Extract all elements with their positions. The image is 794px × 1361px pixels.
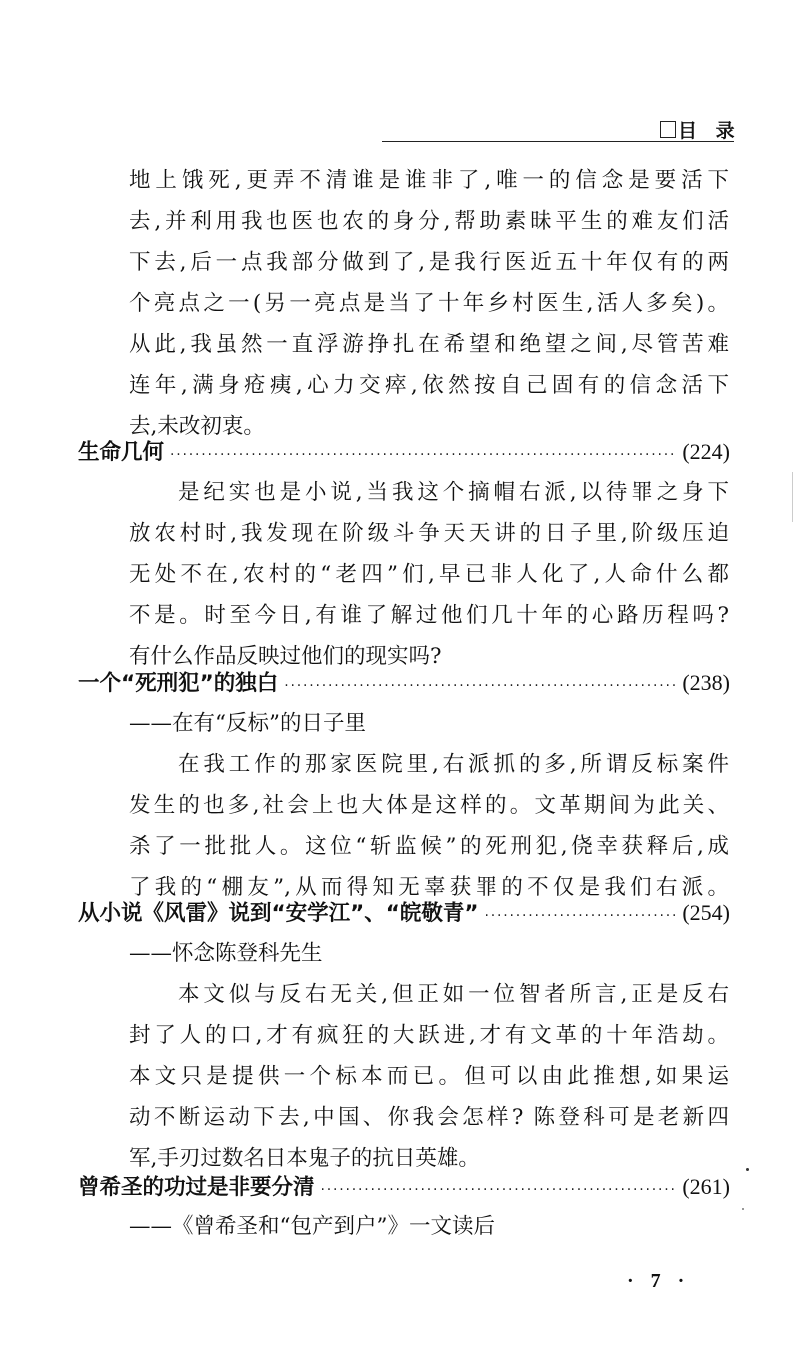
toc-entry-title: 生命几何 — [78, 438, 164, 468]
summary-line: 不是。时至今日,有谁了解过他们几十年的心路历程吗? — [129, 601, 729, 631]
dot-leader: ········································… — [321, 1175, 677, 1205]
box-icon — [660, 121, 676, 138]
toc-page-number: (224) — [682, 437, 730, 467]
text-line: 从此,我虽然一直浮游挣扎在希望和绝望之间,尽管苦难 — [129, 330, 729, 360]
scan-margin-mark — [792, 472, 793, 522]
summary-line: 军,手刃过数名日本鬼子的抗日英雄。 — [129, 1144, 729, 1174]
toc-entry-heading[interactable]: 从小说《风雷》说到“安学江”、“皖敬青” ···················… — [78, 898, 730, 931]
summary-line: 发生的也多,社会上也大体是这样的。文革期间为此关、 — [129, 791, 729, 821]
summary-line: 本文只是提供一个标本而已。但可以由此推想,如果运 — [129, 1062, 729, 1092]
toc-entry-subtitle: ——在有“反标”的日子里 — [129, 709, 366, 739]
running-head-title: 目 录 — [660, 116, 741, 143]
running-head-label: 目 录 — [678, 120, 741, 142]
toc-entry-title: 从小说《风雷》说到“安学江”、“皖敬青” — [78, 899, 479, 929]
summary-line: 在我工作的那家医院里,右派抓的多,所谓反标案件 — [178, 750, 729, 780]
summary-line: 是纪实也是小说,当我这个摘帽右派,以待罪之身下 — [178, 478, 729, 508]
summary-line: 本文似与反右无关,但正如一位智者所言,正是反右 — [178, 980, 729, 1010]
scan-speck — [746, 1168, 749, 1171]
dot-leader: ········································… — [284, 671, 676, 701]
toc-entry-heading[interactable]: 一个“死刑犯”的独白 ·····························… — [78, 668, 730, 701]
book-page: 目 录 地上饿死,更弄不清谁是谁非了,唯一的信念是要活下 去,并利用我也医也农的… — [0, 0, 794, 1361]
toc-page-number: (261) — [682, 1172, 730, 1202]
toc-entry-subtitle: ——怀念陈登科先生 — [129, 939, 323, 969]
page-number: · 7 · — [627, 1270, 690, 1293]
text-line: 地上饿死,更弄不清谁是谁非了,唯一的信念是要活下 — [129, 166, 729, 196]
text-line: 连年,满身疮痍,心力交瘁,依然按自己固有的信念活下 — [129, 371, 729, 401]
summary-line: 无处不在,农村的“老四”们,早已非人化了,人命什么都 — [129, 560, 729, 590]
toc-entry-subtitle: ——《曾希圣和“包产到户”》一文读后 — [129, 1212, 495, 1242]
summary-line: 封了人的口,才有疯狂的大跃进,才有文革的十年浩劫。 — [129, 1021, 729, 1051]
toc-page-number: (238) — [682, 668, 730, 698]
text-line: 去,并利用我也医也农的身分,帮助素昧平生的难友们活 — [129, 207, 729, 237]
toc-page-number: (254) — [682, 898, 730, 928]
summary-line: 杀了一批批人。这位“斩监候”的死刑犯,侥幸获释后,成 — [129, 832, 729, 862]
text-line: 下去,后一点我部分做到了,是我行医近五十年仅有的两 — [129, 248, 729, 278]
toc-entry-title: 曾希圣的功过是非要分清 — [78, 1173, 315, 1203]
toc-entry-heading[interactable]: 曾希圣的功过是非要分清 ····························… — [78, 1172, 730, 1205]
text-line: 个亮点之一(另一亮点是当了十年乡村医生,活人多矣)。 — [129, 289, 729, 319]
toc-entry-title: 一个“死刑犯”的独白 — [78, 669, 278, 699]
toc-entry-heading[interactable]: 生命几何 ···································… — [78, 437, 730, 470]
dot-leader: ········································… — [485, 901, 677, 931]
summary-line: 动不断运动下去,中国、你我会怎样? 陈登科可是老新四 — [129, 1103, 729, 1133]
scan-speck — [742, 1208, 744, 1210]
dot-leader: ········································… — [170, 440, 676, 470]
summary-line: 放农村时,我发现在阶级斗争天天讲的日子里,阶级压迫 — [129, 519, 729, 549]
